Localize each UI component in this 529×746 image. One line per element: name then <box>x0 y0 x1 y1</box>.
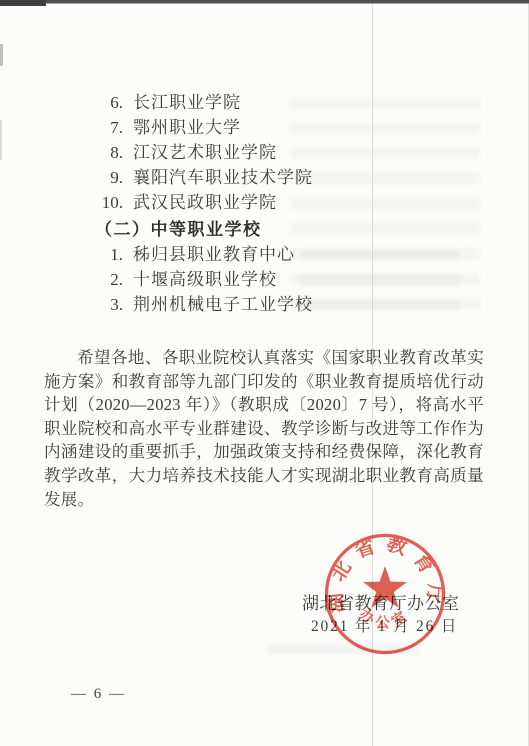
list-item: 9. 襄阳汽车职业技术学院 <box>100 165 313 190</box>
section-heading: （二）中等职业学校 <box>95 217 262 242</box>
scan-left-mark <box>0 120 2 160</box>
item-number: 2. <box>100 267 123 292</box>
bleed-through-ghost-text <box>300 250 460 310</box>
item-number: 6. <box>100 90 123 115</box>
official-seal: 湖北省教育厅 办公室 <box>310 519 460 669</box>
list-item: 3. 荆州机械电子工业学校 <box>100 292 313 317</box>
item-number: 8. <box>100 140 123 165</box>
list-item: 6. 长江职业学院 <box>100 90 313 115</box>
page-number: — 6 — <box>71 686 126 703</box>
item-number: 9. <box>100 165 123 190</box>
item-number: 3. <box>100 292 123 317</box>
list-item: 10. 武汉民政职业学院 <box>100 190 313 215</box>
item-school-name: 襄阳汽车职业技术学院 <box>133 165 313 190</box>
document-page: 6. 长江职业学院 7. 鄂州职业大学 8. 江汉艺术职业学院 9. 襄阳汽车职… <box>0 0 529 746</box>
item-school-name: 荆州机械电子工业学校 <box>133 292 313 317</box>
item-school-name: 长江职业学院 <box>133 90 241 115</box>
list-item: 1. 秭归县职业教育中心 <box>100 242 313 267</box>
seal-star-icon <box>363 566 407 608</box>
item-school-name: 鄂州职业大学 <box>133 115 241 140</box>
list-item: 2. 十堰高级职业学校 <box>100 267 313 292</box>
bleed-through-ghost-text <box>290 98 480 313</box>
seal-bottom-text-holder: 办公室 <box>356 605 414 632</box>
list-item: 8. 江汉艺术职业学院 <box>100 140 313 165</box>
body-paragraph: 希望各地、各职业院校认真落实《国家职业教育改革实施方案》和教育部等九部门印发的《… <box>44 346 484 511</box>
scan-left-mark <box>0 44 3 66</box>
item-number: 7. <box>100 115 123 140</box>
scan-corner-mark <box>0 0 46 6</box>
list-item: 7. 鄂州职业大学 <box>100 115 313 140</box>
item-school-name: 江汉艺术职业学院 <box>133 140 277 165</box>
secondary-vocational-list: 1. 秭归县职业教育中心 2. 十堰高级职业学校 3. 荆州机械电子工业学校 <box>100 242 313 317</box>
higher-vocational-list: 6. 长江职业学院 7. 鄂州职业大学 8. 江汉艺术职业学院 9. 襄阳汽车职… <box>100 90 313 215</box>
seal-bottom-text: 办公室 <box>356 605 414 632</box>
item-school-name: 十堰高级职业学校 <box>133 267 277 292</box>
item-school-name: 武汉民政职业学院 <box>133 190 277 215</box>
scan-edge-line <box>0 3 529 4</box>
item-school-name: 秭归县职业教育中心 <box>133 242 295 267</box>
item-number: 10. <box>100 190 123 215</box>
item-number: 1. <box>100 242 123 267</box>
